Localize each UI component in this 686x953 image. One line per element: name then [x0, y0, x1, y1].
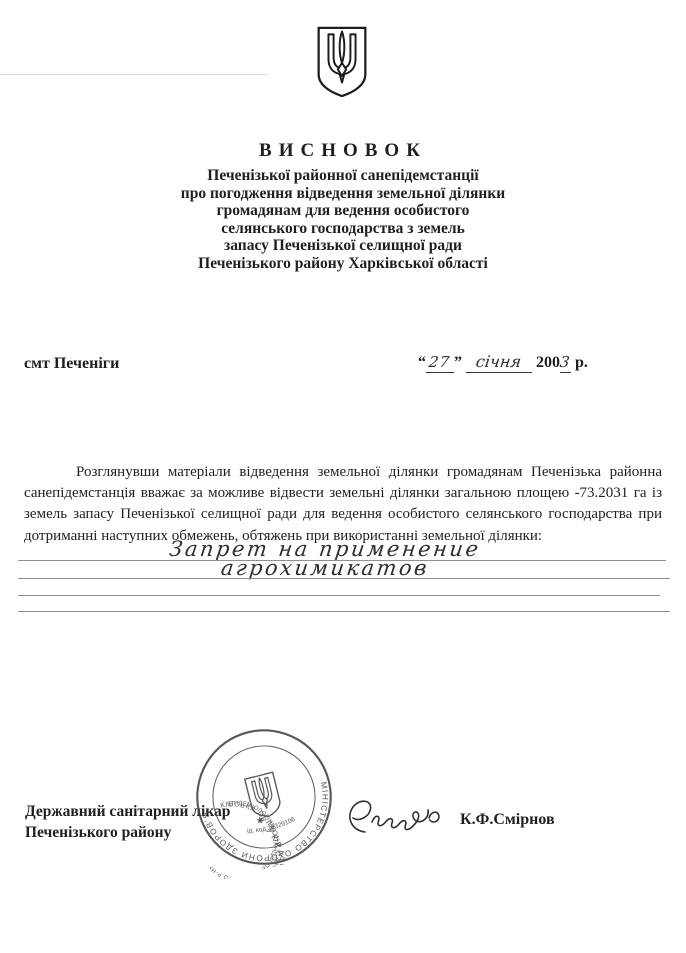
date-year-printed: 200 — [536, 354, 560, 371]
subtitle-line-3: громадянам для ведення особистого — [0, 202, 686, 220]
date-year-digit-handwritten: 3 — [559, 353, 572, 371]
subtitle-line-4: селянського господарства з земель — [0, 220, 686, 238]
ruled-line-1 — [18, 560, 666, 561]
date-close-quote: ” — [454, 354, 462, 371]
date-open-quote: “ — [418, 354, 426, 371]
document-subtitle: Печенізької районної санепідемстанції пр… — [0, 167, 686, 273]
document-page: ВИСНОВОК Печенізької районної санепідемс… — [0, 0, 686, 953]
round-stamp: ✱ УКРАЇНА ✱ МІНІСТЕРСТВО ОХОРОНИ ЗДОРОВ'… — [179, 712, 349, 882]
stamp-inner-ring-2-text: САНІТАРНО-ЕПІДЕМІОЛОГІЧНА СТАНЦІЯ ПЕЧЕНІ… — [179, 724, 286, 882]
date-day-handwritten: 27 — [428, 353, 452, 371]
subtitle-line-6: Печенізького району Харківської області — [0, 255, 686, 273]
document-title: ВИСНОВОК — [0, 140, 686, 162]
ukraine-trident-emblem — [312, 26, 372, 97]
date-line: “27” січня 2003 р. — [418, 352, 588, 373]
ruled-line-3 — [18, 595, 660, 596]
body-paragraph: Розглянувши матеріали відведення земельн… — [24, 462, 662, 547]
scan-artifact-line — [0, 74, 268, 75]
ruled-line-4 — [18, 611, 670, 612]
subtitle-line-1: Печенізької районної санепідемстанції — [0, 167, 686, 185]
date-month-underline: січня — [466, 352, 532, 373]
subtitle-line-5: запасу Печенізької селищної ради — [0, 237, 686, 255]
subtitle-line-2: про погодження відведення земельної діля… — [0, 185, 686, 203]
stamp-inner-ring-2: САНІТАРНО-ЕПІДЕМІОЛОГІЧНА СТАНЦІЯ ПЕЧЕНІ… — [179, 724, 286, 882]
signer-name: К.Ф.Смірнов — [460, 811, 555, 829]
date-suffix: р. — [575, 354, 588, 371]
date-year-underline: 3 — [560, 353, 571, 373]
place-label: смт Печеніги — [24, 355, 119, 373]
ruled-line-2 — [18, 578, 670, 579]
date-day-underline: 27 — [426, 353, 454, 373]
date-month-handwritten: січня — [475, 352, 523, 371]
signature-scribble — [343, 794, 447, 840]
